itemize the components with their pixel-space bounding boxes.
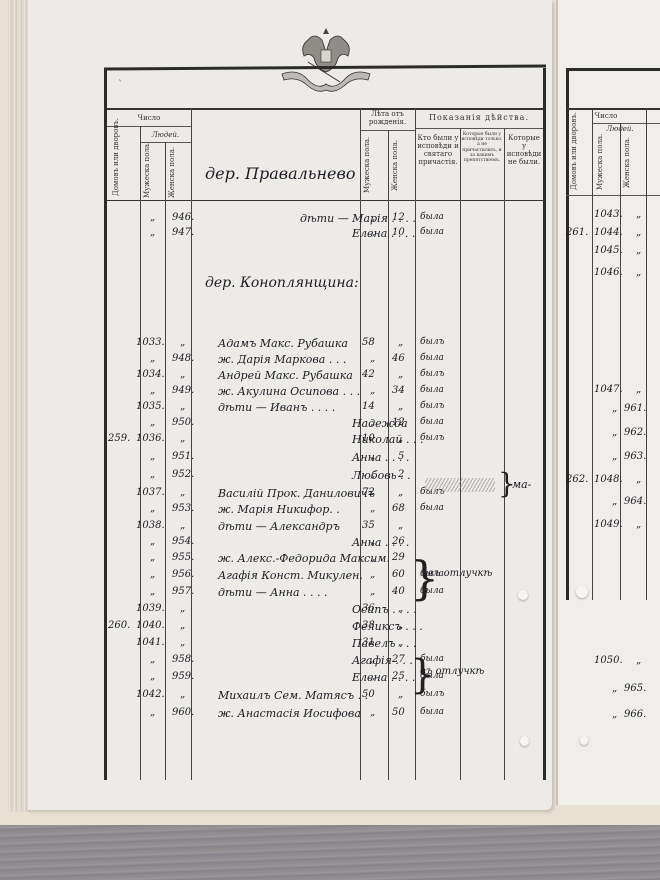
- male-number: 1047.: [594, 385, 623, 395]
- household-number: 261.: [566, 228, 588, 238]
- female-number: 958.: [172, 655, 194, 665]
- male-number: 1049.: [594, 520, 623, 530]
- header-confession: Показанія дѣйства.: [415, 113, 543, 122]
- header-conf-col1: Кто были у исповѣди и святаго причастія.: [417, 134, 459, 166]
- male-number: 1041.: [136, 638, 165, 648]
- age-female: „: [398, 402, 403, 412]
- person-name: Елена . . . .: [352, 228, 415, 239]
- male-number: „: [612, 404, 617, 414]
- male-number: „: [150, 553, 155, 563]
- pencil-mark: ˋ: [118, 80, 123, 91]
- male-number: „: [150, 470, 155, 480]
- section-title-konoplyanshchina: дер. Коноплянщина:: [205, 276, 359, 290]
- age-male: „: [370, 537, 375, 547]
- female-number: „: [180, 370, 185, 380]
- age-male: „: [370, 213, 375, 223]
- male-number: 1045.: [594, 246, 623, 256]
- section-title-pravalnevo: дер. Правальнево: [205, 166, 355, 182]
- male-number: 1044.: [594, 228, 623, 238]
- person-name: Василій Прок. Даниловичъ: [218, 488, 375, 499]
- female-number: 952.: [172, 470, 194, 480]
- age-female: „: [398, 638, 403, 648]
- annotation-otluchke-1: въ отлучкѣ: [428, 569, 492, 579]
- age-female: 2: [398, 470, 404, 480]
- person-name: Андрей Макс. Рубашка: [218, 370, 353, 381]
- col-line-2: [165, 142, 166, 780]
- header-bottom-rule: [107, 200, 543, 201]
- female-number: 965.: [624, 684, 646, 694]
- age-male: 35: [362, 521, 375, 531]
- person-name: Михаилъ Сем. Матясъ . .: [218, 690, 368, 701]
- male-number: 1037.: [136, 488, 165, 498]
- person-name: Елена . . . .: [352, 672, 415, 683]
- right-frame-border: [566, 70, 569, 600]
- person-name: дѣти — Анна . . . .: [218, 587, 328, 598]
- female-number: „: [180, 690, 185, 700]
- age-male: „: [370, 708, 375, 718]
- right-header-rule-persons: [592, 123, 660, 124]
- confession-status: была: [420, 228, 444, 237]
- female-number: 959.: [172, 672, 194, 682]
- header-conf-col3: Которые у исповѣди не были.: [505, 134, 543, 166]
- header-conf-col2: Которые были у исповѣди только, а не при…: [461, 132, 503, 163]
- age-male: 42: [362, 370, 375, 380]
- female-number: „: [180, 488, 185, 498]
- annotation-ma: ма-: [512, 479, 531, 490]
- struck-entry-scribble: [425, 478, 495, 492]
- male-number: 1048.: [594, 475, 623, 485]
- person-name: Адамъ Макс. Рубашка: [218, 338, 348, 349]
- male-number: 1042.: [136, 690, 165, 700]
- wooden-desk-surface: [0, 825, 660, 880]
- confession-status: была: [420, 504, 444, 513]
- right-col-line-3: [646, 108, 647, 600]
- household-number: 259.: [108, 434, 130, 444]
- age-male: „: [370, 570, 375, 580]
- col-line-1: [140, 126, 141, 780]
- male-number: „: [612, 684, 617, 694]
- age-male: 31: [362, 638, 375, 648]
- female-number: „: [636, 228, 641, 238]
- female-number: „: [636, 385, 641, 395]
- female-number: 954.: [172, 537, 194, 547]
- male-number: „: [150, 708, 155, 718]
- female-number: „: [636, 246, 641, 256]
- age-female: 46: [392, 354, 405, 364]
- male-number: „: [150, 570, 155, 580]
- age-female: 34: [392, 386, 405, 396]
- right-header-male: Мужеска пола.: [596, 134, 616, 190]
- age-female: 40: [392, 587, 405, 597]
- household-number: 262.: [566, 475, 588, 485]
- header-male: Мужеска пола.: [143, 146, 163, 198]
- household-number: 260.: [108, 621, 130, 631]
- male-number: 1046.: [594, 268, 623, 278]
- male-number: „: [150, 655, 155, 665]
- male-number: 1034.: [136, 370, 165, 380]
- male-number: 1036.: [136, 434, 165, 444]
- male-number: „: [150, 228, 155, 238]
- age-male: „: [370, 587, 375, 597]
- female-number: „: [636, 210, 641, 220]
- age-female: 50: [392, 708, 405, 718]
- male-number: „: [150, 213, 155, 223]
- age-female: 26: [392, 537, 405, 547]
- age-female: 5: [398, 452, 404, 462]
- age-male: „: [370, 504, 375, 514]
- female-number: 957.: [172, 587, 194, 597]
- male-number: „: [612, 452, 617, 462]
- age-female: „: [398, 690, 403, 700]
- female-number: „: [636, 520, 641, 530]
- age-female: 10: [392, 228, 405, 238]
- female-number: 956.: [172, 570, 194, 580]
- age-male: „: [370, 452, 375, 462]
- age-male: „: [370, 553, 375, 563]
- female-number: „: [636, 268, 641, 278]
- female-number: 962.: [624, 428, 646, 438]
- age-male: 14: [362, 402, 375, 412]
- female-number: 964.: [624, 497, 646, 507]
- confession-status: была: [420, 213, 444, 222]
- right-header-number: Число: [566, 112, 646, 120]
- male-number: 1040.: [136, 621, 165, 631]
- female-number: „: [180, 621, 185, 631]
- male-number: 1038.: [136, 521, 165, 531]
- confession-status: былъ: [420, 402, 445, 411]
- person-name: ж. Марія Никифор. .: [218, 504, 340, 515]
- female-number: 946.: [172, 213, 194, 223]
- male-number: 1033.: [136, 338, 165, 348]
- header-top-rule: [107, 108, 543, 110]
- female-number: 947.: [172, 228, 194, 238]
- header-rule-confession: [415, 128, 543, 129]
- age-female: 68: [392, 504, 405, 514]
- age-female: 12: [392, 418, 405, 428]
- female-number: 966.: [624, 710, 646, 720]
- male-number: „: [150, 587, 155, 597]
- female-number: 953.: [172, 504, 194, 514]
- male-number: „: [150, 386, 155, 396]
- female-number: 963.: [624, 452, 646, 462]
- person-name: ж. Акулина Осипова . . .: [218, 386, 360, 397]
- header-persons: Людей.: [140, 131, 191, 139]
- female-number: 961.: [624, 404, 646, 414]
- female-number: 955.: [172, 553, 194, 563]
- female-number: „: [636, 656, 641, 666]
- age-male: „: [370, 655, 375, 665]
- page-stack-edge: [8, 0, 30, 812]
- female-number: 951.: [172, 452, 194, 462]
- male-number: „: [150, 418, 155, 428]
- age-male: 38: [362, 621, 375, 631]
- age-male: 50: [362, 690, 375, 700]
- female-number: 950.: [172, 418, 194, 428]
- age-male: „: [370, 418, 375, 428]
- male-number: „: [150, 354, 155, 364]
- pin-hole-mark: [576, 586, 588, 598]
- age-female: „: [398, 521, 403, 531]
- age-male: 72: [362, 488, 375, 498]
- male-number: 1039.: [136, 604, 165, 614]
- header-age-female: Женска пола.: [391, 134, 413, 196]
- age-male: „: [370, 386, 375, 396]
- header-age: Лѣта отъ рожденія.: [360, 110, 415, 126]
- header-female: Женска пола.: [168, 146, 188, 198]
- right-header-households: Домовъ или дворовъ.: [570, 128, 590, 190]
- male-number: „: [612, 710, 617, 720]
- male-number: „: [150, 452, 155, 462]
- col-line-7: [460, 128, 461, 780]
- male-number: 1050.: [594, 656, 623, 666]
- female-number: „: [180, 604, 185, 614]
- person-name: дѣти — Иванъ . . . .: [218, 402, 335, 413]
- female-number: 960.: [172, 708, 194, 718]
- age-male: „: [370, 672, 375, 682]
- female-number: 949.: [172, 386, 194, 396]
- right-col-line-1: [592, 110, 593, 600]
- female-number: „: [180, 402, 185, 412]
- age-male: 10: [362, 434, 375, 444]
- pin-hole-mark: [520, 736, 529, 746]
- header-households: Домовъ или дворовъ.: [112, 132, 138, 196]
- person-name: дѣти — Александръ: [218, 521, 340, 532]
- age-female: 29: [392, 553, 405, 563]
- person-name: ж. Алекс.-Федорида Максим.: [218, 553, 390, 564]
- age-female: 25: [392, 672, 405, 682]
- age-female: „: [398, 338, 403, 348]
- person-name: ж. Дарія Маркова . . .: [218, 354, 346, 365]
- person-name: ж. Анастасія Иосифова: [218, 708, 361, 719]
- confession-status: была: [420, 354, 444, 363]
- female-number: „: [636, 475, 641, 485]
- confession-status: былъ: [420, 338, 445, 347]
- female-number: „: [180, 638, 185, 648]
- age-female: „: [398, 604, 403, 614]
- age-male: „: [370, 354, 375, 364]
- pin-hole-mark: [580, 736, 588, 745]
- age-male: „: [370, 470, 375, 480]
- right-header-female: Женска пола.: [623, 134, 643, 190]
- female-number: „: [180, 434, 185, 444]
- col-line-8: [504, 128, 505, 780]
- confession-status: была: [420, 386, 444, 395]
- age-male: „: [370, 228, 375, 238]
- age-male: 58: [362, 338, 375, 348]
- annotation-otluchke-2: въ отлучкѣ: [420, 667, 484, 677]
- male-number: „: [612, 497, 617, 507]
- female-number: „: [180, 521, 185, 531]
- male-number: „: [150, 504, 155, 514]
- right-header-persons: Людей.: [600, 125, 640, 133]
- right-frame-top: [566, 68, 660, 71]
- confession-status: былъ: [420, 434, 445, 443]
- age-female: 27: [392, 655, 405, 665]
- age-female: 12: [392, 213, 405, 223]
- male-number: 1043.: [594, 210, 623, 220]
- age-female: „: [398, 370, 403, 380]
- person-name: Агафія Конст. Микулен.: [218, 570, 363, 581]
- female-number: 948.: [172, 354, 194, 364]
- confession-status: былъ: [420, 370, 445, 379]
- male-number: 1035.: [136, 402, 165, 412]
- male-number: „: [612, 428, 617, 438]
- header-age-male: Мужеска пола.: [363, 134, 385, 196]
- age-female: „: [398, 434, 403, 444]
- confession-status: была: [420, 418, 444, 427]
- female-number: „: [180, 338, 185, 348]
- male-number: „: [150, 537, 155, 547]
- age-female: „: [398, 488, 403, 498]
- male-number: „: [150, 672, 155, 682]
- age-male: 36: [362, 604, 375, 614]
- confession-status: была: [420, 708, 444, 717]
- age-female: „: [398, 621, 403, 631]
- pin-hole-mark: [518, 590, 528, 600]
- age-female: 60: [392, 570, 405, 580]
